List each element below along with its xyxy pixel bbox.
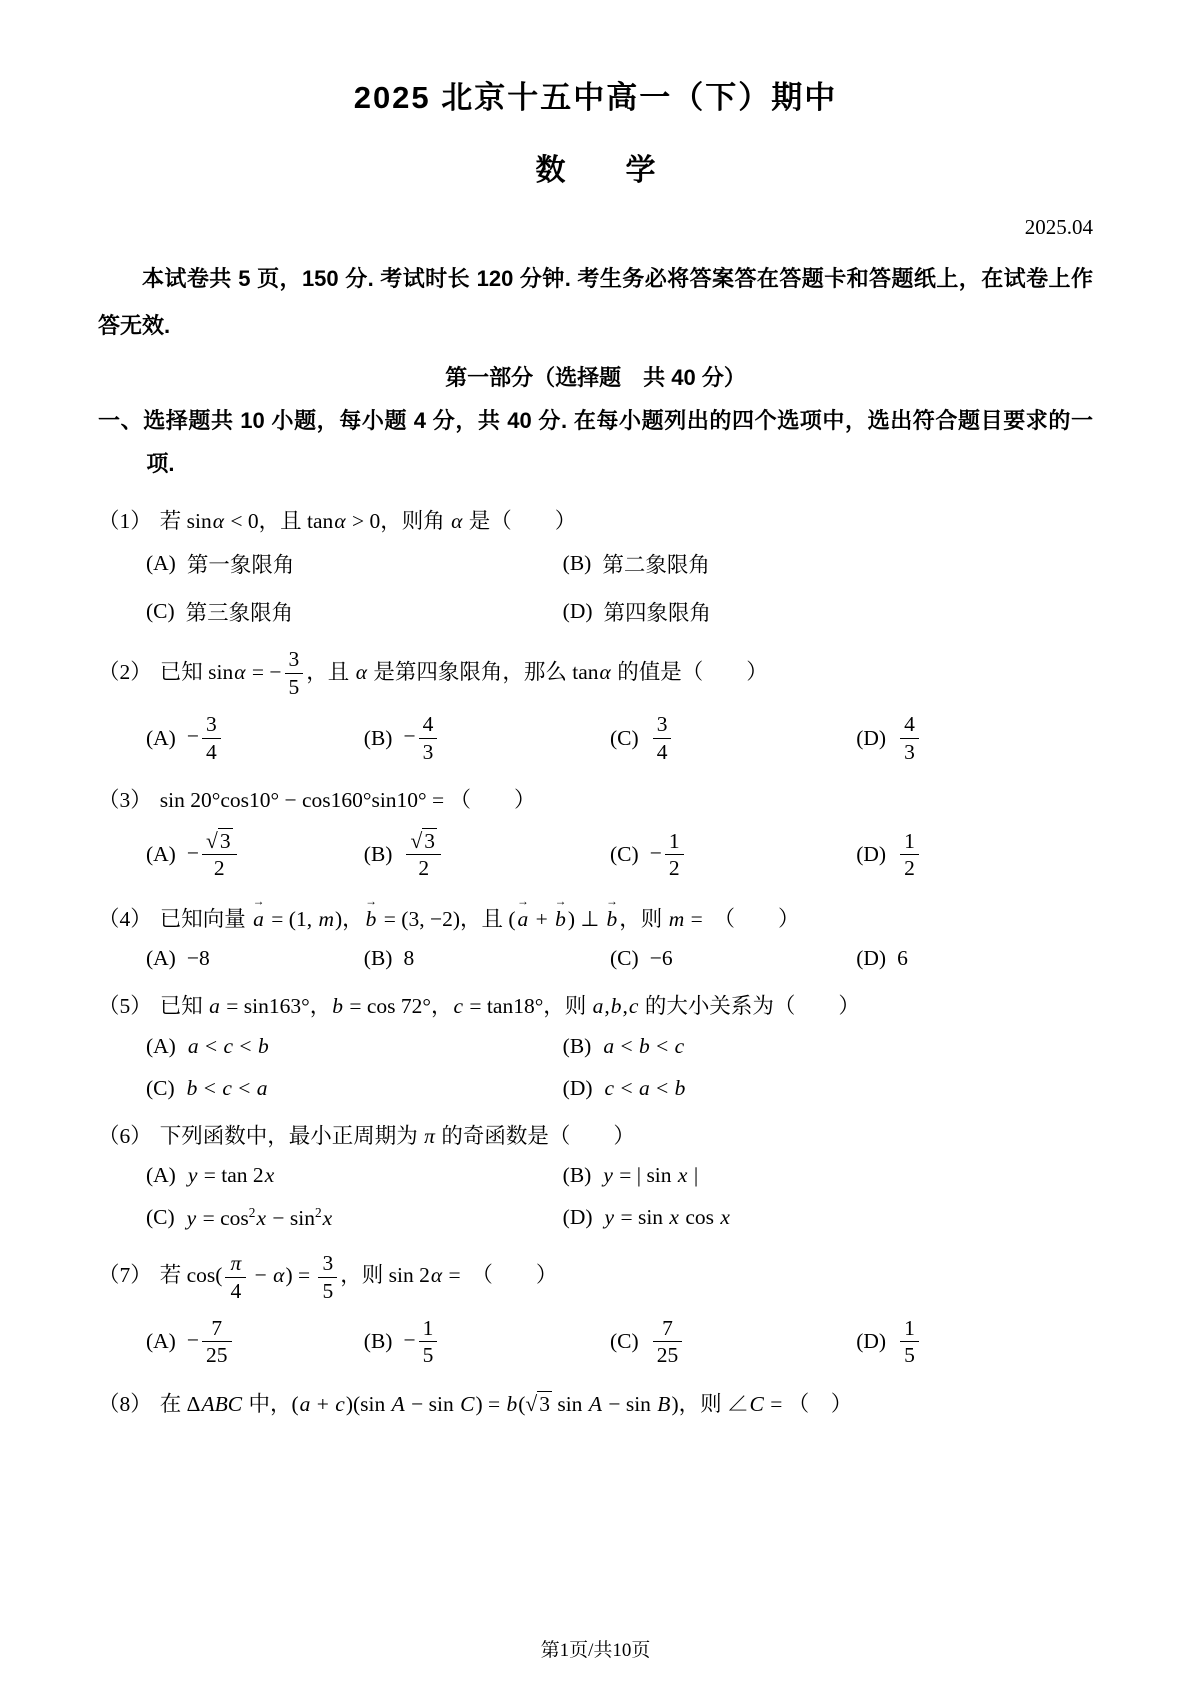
option-label: (B) [364, 946, 393, 971]
question-3-option-C: (C)−12 [610, 828, 856, 882]
option-content: 12 [897, 828, 922, 882]
option-label: (B) [563, 551, 592, 576]
question-7-option-A: (A)−725 [146, 1315, 364, 1369]
question-7: （7）若 cos(π4 − α) = 35，则 sin 2α = （ ）(A)−… [98, 1250, 1093, 1369]
option-label: (C) [146, 1076, 175, 1101]
option-content: −43 [403, 711, 440, 765]
option-label: (C) [610, 946, 639, 971]
question-7-option-C: (C)725 [610, 1315, 856, 1369]
question-6-option-C: (C)y = cos2x − sin2x [146, 1205, 563, 1231]
section-title: 第一部分（选择题 共 40 分） [98, 361, 1093, 392]
question-4-stem: （4）已知向量 a = (1, m)，b = (3, −2)，且 (a + b)… [98, 901, 1093, 936]
question-6-option-A: (A)y = tan 2x [146, 1163, 563, 1188]
question-4-option-B: (B)8 [364, 946, 610, 971]
question-number: （5） [98, 994, 152, 1018]
option-label: (B) [364, 842, 393, 867]
question-number: （1） [98, 509, 152, 533]
question-4-option-A: (A)−8 [146, 946, 364, 971]
option-content: b < c < a [186, 1076, 269, 1101]
question-stem-text: 下列函数中，最小正周期为 π 的奇函数是（ ） [160, 1124, 635, 1148]
option-label: (A) [146, 551, 176, 576]
option-content: 725 [650, 1315, 686, 1369]
question-2-option-B: (B)−43 [364, 711, 610, 765]
question-6: （6）下列函数中，最小正周期为 π 的奇函数是（ ）(A)y = tan 2x(… [98, 1120, 1093, 1231]
question-2-option-D: (D)43 [856, 711, 1093, 765]
question-1-stem: （1）若 sinα < 0，且 tanα > 0，则角 α 是（ ） [98, 505, 1093, 538]
option-content: −15 [403, 1315, 440, 1369]
question-3: （3）sin 20°cos10° − cos160°sin10° = （ ）(A… [98, 784, 1093, 882]
question-2-option-C: (C)34 [610, 711, 856, 765]
option-label: (C) [610, 726, 639, 751]
question-3-options: (A)−√32(B)√32(C)−12(D)12 [98, 828, 1093, 882]
exam-subject: 数 学 [98, 145, 1093, 189]
option-content: −6 [650, 946, 673, 971]
question-number: （7） [98, 1263, 152, 1287]
question-5-option-C: (C)b < c < a [146, 1076, 563, 1101]
page-footer: 第1页/共10页 [0, 1635, 1191, 1662]
option-label: (A) [146, 1163, 176, 1188]
option-label: (B) [563, 1163, 592, 1188]
option-content: 34 [650, 711, 675, 765]
question-1-options: (A)第一象限角(B)第二象限角(C)第三象限角(D)第四象限角 [98, 548, 1093, 627]
question-7-options: (A)−725(B)−15(C)725(D)15 [98, 1315, 1093, 1369]
questions-list: （1）若 sinα < 0，且 tanα > 0，则角 α 是（ ）(A)第一象… [98, 505, 1093, 1421]
question-5-stem: （5）已知 a = sin163°，b = cos 72°，c = tan18°… [98, 990, 1093, 1023]
question-stem-text: 已知向量 a = (1, m)，b = (3, −2)，且 (a + b) ⊥ … [160, 907, 800, 931]
question-stem-text: 在 ΔABC 中，(a + c)(sin A − sin C) = b(√3 s… [160, 1391, 852, 1416]
option-content: c < a < b [604, 1076, 687, 1101]
question-stem-text: sin 20°cos10° − cos160°sin10° = （ ） [160, 788, 536, 812]
option-content: 15 [897, 1315, 922, 1369]
option-label: (C) [146, 1205, 175, 1230]
option-label: (B) [364, 726, 393, 751]
option-content: a < b < c [602, 1034, 685, 1059]
question-3-option-B: (B)√32 [364, 828, 610, 882]
option-content: y = cos2x − sin2x [186, 1205, 334, 1231]
question-stem-text: 已知 sinα = −35，且 α 是第四象限角，那么 tanα 的值是（ ） [160, 660, 768, 684]
question-1-option-D: (D)第四象限角 [563, 596, 1093, 627]
option-label: (C) [610, 842, 639, 867]
question-2-options: (A)−34(B)−43(C)34(D)43 [98, 711, 1093, 765]
option-content: 第二象限角 [602, 548, 710, 579]
option-content: 第一象限角 [187, 548, 295, 579]
option-content: 43 [897, 711, 922, 765]
question-4: （4）已知向量 a = (1, m)，b = (3, −2)，且 (a + b)… [98, 901, 1093, 971]
option-label: (B) [364, 1329, 393, 1354]
question-stem-text: 若 sinα < 0，且 tanα > 0，则角 α 是（ ） [160, 509, 577, 533]
question-2: （2）已知 sinα = −35，且 α 是第四象限角，那么 tanα 的值是（… [98, 646, 1093, 765]
question-3-option-D: (D)12 [856, 828, 1093, 882]
question-5-options: (A)a < c < b(B)a < b < c(C)b < c < a(D)c… [98, 1034, 1093, 1101]
option-content: 6 [897, 946, 908, 971]
option-label: (A) [146, 726, 176, 751]
question-4-option-C: (C)−6 [610, 946, 856, 971]
exam-title: 2025 北京十五中高一（下）期中 [98, 72, 1093, 117]
option-content: 第四象限角 [604, 596, 712, 627]
option-label: (A) [146, 1329, 176, 1354]
option-content: √32 [403, 828, 444, 882]
question-1-option-C: (C)第三象限角 [146, 596, 563, 627]
option-content: y = | sin x | [602, 1163, 698, 1188]
question-4-option-D: (D)6 [856, 946, 1093, 971]
option-content: 第三象限角 [186, 596, 294, 627]
question-3-stem: （3）sin 20°cos10° − cos160°sin10° = （ ） [98, 784, 1093, 817]
question-stem-text: 已知 a = sin163°，b = cos 72°，c = tan18°，则 … [160, 994, 860, 1018]
question-number: （2） [98, 660, 152, 684]
question-4-options: (A)−8(B)8(C)−6(D)6 [98, 946, 1093, 971]
option-label: (D) [856, 946, 886, 971]
question-5: （5）已知 a = sin163°，b = cos 72°，c = tan18°… [98, 990, 1093, 1100]
option-content: 8 [403, 946, 414, 971]
question-3-option-A: (A)−√32 [146, 828, 364, 882]
option-content: y = sin x cos x [604, 1205, 731, 1230]
question-7-option-B: (B)−15 [364, 1315, 610, 1369]
option-label: (D) [563, 599, 593, 624]
question-1: （1）若 sinα < 0，且 tanα > 0，则角 α 是（ ）(A)第一象… [98, 505, 1093, 627]
option-label: (C) [610, 1329, 639, 1354]
option-label: (A) [146, 1034, 176, 1059]
option-content: a < c < b [187, 1034, 270, 1059]
question-number: （8） [98, 1392, 152, 1416]
option-label: (D) [563, 1076, 593, 1101]
question-6-options: (A)y = tan 2x(B)y = | sin x |(C)y = cos2… [98, 1163, 1093, 1231]
question-5-option-D: (D)c < a < b [563, 1076, 1093, 1101]
section-instructions: 一、选择题共 10 小题，每小题 4 分，共 40 分. 在每小题列出的四个选项… [98, 400, 1093, 486]
option-content: −√32 [187, 828, 240, 882]
exam-page: 2025 北京十五中高一（下）期中 数 学 2025.04 本试卷共 5 页，1… [0, 72, 1191, 1421]
exam-header: 2025 北京十五中高一（下）期中 数 学 2025.04 本试卷共 5 页，1… [98, 72, 1093, 349]
question-stem-text: 若 cos(π4 − α) = 35，则 sin 2α = （ ） [160, 1263, 558, 1287]
question-6-option-B: (B)y = | sin x | [563, 1163, 1093, 1188]
option-content: −8 [187, 946, 210, 971]
option-label: (A) [146, 946, 176, 971]
question-8-stem: （8）在 ΔABC 中，(a + c)(sin A − sin C) = b(√… [98, 1388, 1093, 1421]
option-label: (D) [563, 1205, 593, 1230]
exam-date: 2025.04 [98, 215, 1093, 240]
option-content: −12 [650, 828, 687, 882]
question-7-option-D: (D)15 [856, 1315, 1093, 1369]
question-number: （6） [98, 1124, 152, 1148]
question-2-option-A: (A)−34 [146, 711, 364, 765]
option-label: (A) [146, 842, 176, 867]
option-content: y = tan 2x [187, 1163, 275, 1188]
question-1-option-A: (A)第一象限角 [146, 548, 563, 579]
question-5-option-A: (A)a < c < b [146, 1034, 563, 1059]
option-label: (D) [856, 1329, 886, 1354]
question-5-option-B: (B)a < b < c [563, 1034, 1093, 1059]
question-1-option-B: (B)第二象限角 [563, 548, 1093, 579]
option-label: (D) [856, 726, 886, 751]
question-number: （3） [98, 788, 152, 812]
option-label: (B) [563, 1034, 592, 1059]
question-6-option-D: (D)y = sin x cos x [563, 1205, 1093, 1230]
question-2-stem: （2）已知 sinα = −35，且 α 是第四象限角，那么 tanα 的值是（… [98, 646, 1093, 700]
question-number: （4） [98, 907, 152, 931]
option-label: (D) [856, 842, 886, 867]
option-content: −725 [187, 1315, 235, 1369]
question-8: （8）在 ΔABC 中，(a + c)(sin A − sin C) = b(√… [98, 1388, 1093, 1421]
option-content: −34 [187, 711, 224, 765]
exam-notice: 本试卷共 5 页，150 分. 考试时长 120 分钟. 考生务必将答案答在答题… [98, 256, 1093, 349]
question-7-stem: （7）若 cos(π4 − α) = 35，则 sin 2α = （ ） [98, 1250, 1093, 1304]
question-6-stem: （6）下列函数中，最小正周期为 π 的奇函数是（ ） [98, 1120, 1093, 1153]
option-label: (C) [146, 599, 175, 624]
